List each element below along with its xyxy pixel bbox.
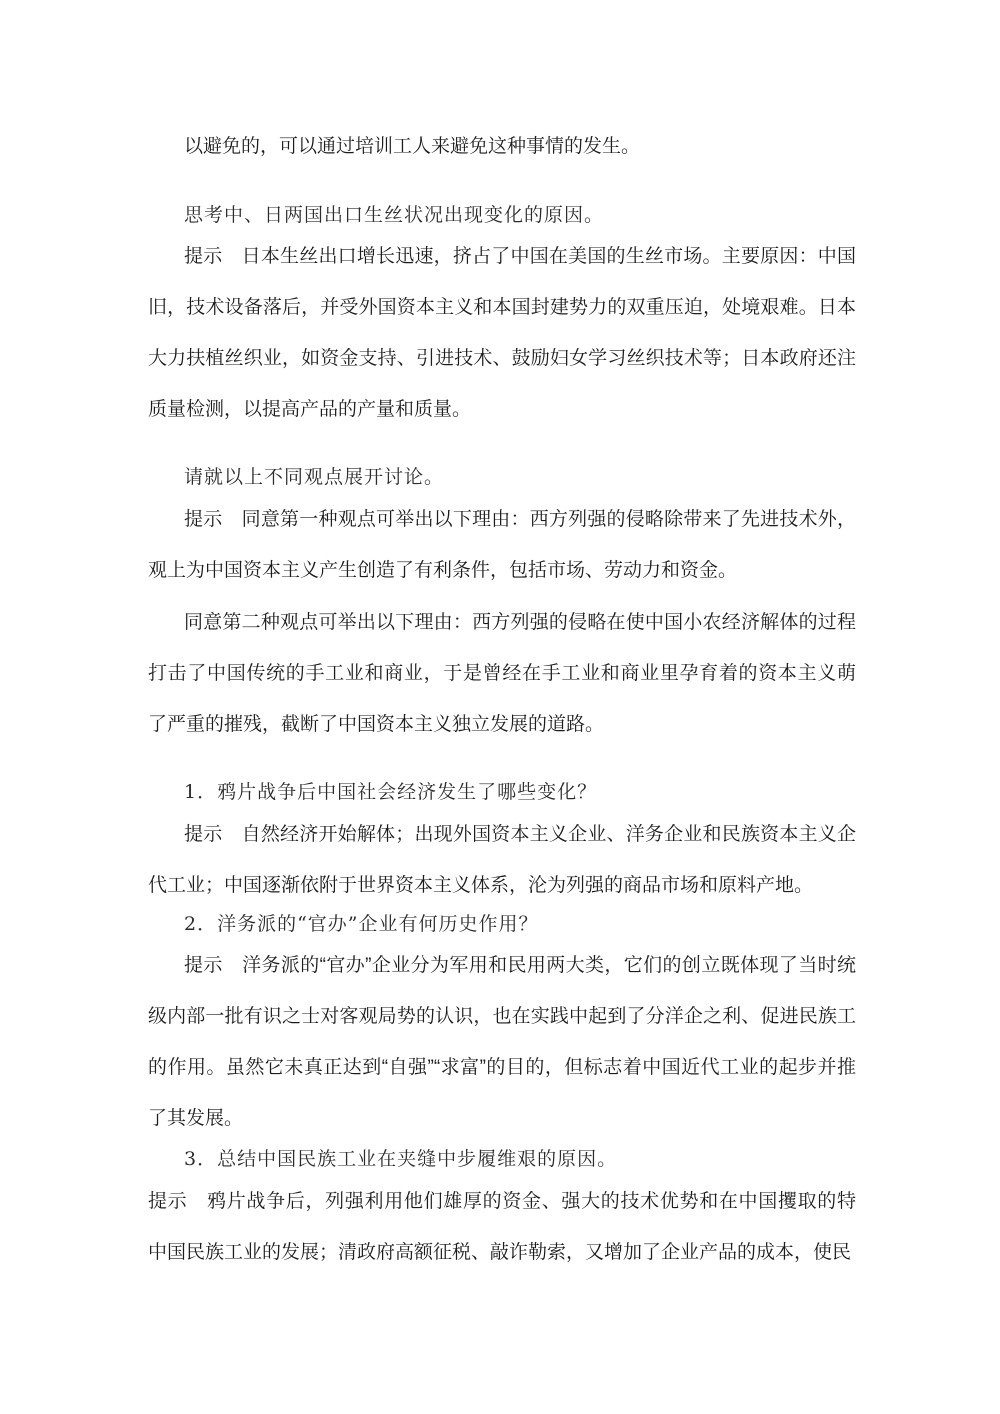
text-line: 了其发展。: [148, 1106, 856, 1132]
question-paragraph: 思考中、日两国出口生丝状况出现变化的原因。: [148, 202, 856, 228]
text-line: 提示 洋务派的“官办”企业分为军用和民用两大类，它们的创立既体现了当时统治阶: [148, 953, 856, 979]
question-3: 3．总结中国民族工业在夹缝中步履维艰的原因。: [148, 1146, 856, 1172]
text-line: 级内部一批有识之士对客观局势的认识，也在实践中起到了分洋企之利、促进民族工业产生: [148, 1004, 856, 1030]
section-heading-self-assessment: 四、自我测评(教材 P49): [148, 752, 856, 778]
text-line: 请就以上不同观点展开讨论。: [148, 464, 856, 490]
hint-paragraph-viewpoint-1: 提示 同意第一种观点可举出以下理由：西方列强的侵略除带来了先进技术外，还在客 观…: [148, 507, 856, 584]
paragraph-continuation: 以避免的，可以通过培训工人来避免这种事情的发生。: [148, 134, 856, 160]
text-line: 以避免的，可以通过培训工人来避免这种事情的发生。: [148, 134, 856, 160]
question-2: 2．洋务派的“官办”企业有何历史作用？: [148, 911, 856, 937]
text-line: 思考中、日两国出口生丝状况出现变化的原因。: [148, 202, 856, 228]
text-line: 同意第二种观点可举出以下理由：西方列强的侵略在使中国小农经济解体的过程中，也: [148, 610, 856, 636]
text-line: 质量检测，以提高产品的产量和质量。: [148, 397, 856, 423]
document-body: 以避免的，可以通过培训工人来避免这种事情的发生。 二、阅读与思考(教材 P49)…: [148, 0, 856, 1266]
text-line: 提示 日本生丝出口增长迅速，挤占了中国在美国的生丝市场。主要原因：中国观念陈: [148, 244, 856, 270]
text-line: 3．总结中国民族工业在夹缝中步履维艰的原因。: [148, 1146, 856, 1172]
hint-paragraph-q1: 提示 自然经济开始解体；出现外国资本主义企业、洋务企业和民族资本主义企业等近 代…: [148, 822, 856, 899]
hint-paragraph-viewpoint-2: 同意第二种观点可举出以下理由：西方列强的侵略在使中国小农经济解体的过程中，也 打…: [148, 610, 856, 738]
text-line: 大力扶植丝织业，如资金支持、引进技术、鼓励妇女学习丝织技术等；日本政府还注重产品: [148, 346, 856, 372]
document-page: 以避免的，可以通过培训工人来避免这种事情的发生。 二、阅读与思考(教材 P49)…: [0, 0, 1000, 1414]
text-line: 代工业；中国逐渐依附于世界资本主义体系，沦为列强的商品市场和原料产地。: [148, 873, 856, 899]
question-1: 1．鸦片战争后中国社会经济发生了哪些变化？: [148, 779, 856, 805]
text-line: 提示 鸦片战争后，列强利用他们雄厚的资金、强大的技术优势和在中国攫取的特权，压制: [148, 1189, 856, 1215]
section-heading-reading-thinking: 二、阅读与思考(教材 P49): [148, 175, 856, 201]
text-line: 中国民族工业的发展；清政府高额征税、敲诈勒索，又增加了企业产品的成本，使民: [148, 1240, 856, 1266]
section-heading-analysis-inquiry: 三、解析与探究(教材 P49): [148, 437, 856, 463]
hint-paragraph-q3: 提示 鸦片战争后，列强利用他们雄厚的资金、强大的技术优势和在中国攫取的特权，压制…: [148, 1189, 856, 1266]
question-paragraph: 请就以上不同观点展开讨论。: [148, 464, 856, 490]
text-line: 1．鸦片战争后中国社会经济发生了哪些变化？: [148, 779, 856, 805]
hint-paragraph-reading: 提示 日本生丝出口增长迅速，挤占了中国在美国的生丝市场。主要原因：中国观念陈 旧…: [148, 244, 856, 423]
text-line: 了严重的摧残，截断了中国资本主义独立发展的道路。: [148, 712, 856, 738]
text-line: 旧，技术设备落后，并受外国资本主义和本国封建势力的双重压迫，处境艰难。日本政府却: [148, 295, 856, 321]
text-line: 观上为中国资本主义产生创造了有利条件，包括市场、劳动力和资金。: [148, 558, 856, 584]
text-line: 提示 同意第一种观点可举出以下理由：西方列强的侵略除带来了先进技术外，还在客: [148, 507, 856, 533]
hint-paragraph-q2: 提示 洋务派的“官办”企业分为军用和民用两大类，它们的创立既体现了当时统治阶 级…: [148, 953, 856, 1132]
text-line: 打击了中国传统的手工业和商业，于是曾经在手工业和商业里孕育着的资本主义萌芽，受到: [148, 661, 856, 687]
text-line: 2．洋务派的“官办”企业有何历史作用？: [148, 911, 856, 937]
text-line: 提示 自然经济开始解体；出现外国资本主义企业、洋务企业和民族资本主义企业等近: [148, 822, 856, 848]
text-line: 的作用。虽然它未真正达到“自强”“求富”的目的，但标志着中国近代工业的起步并推动: [148, 1055, 856, 1081]
